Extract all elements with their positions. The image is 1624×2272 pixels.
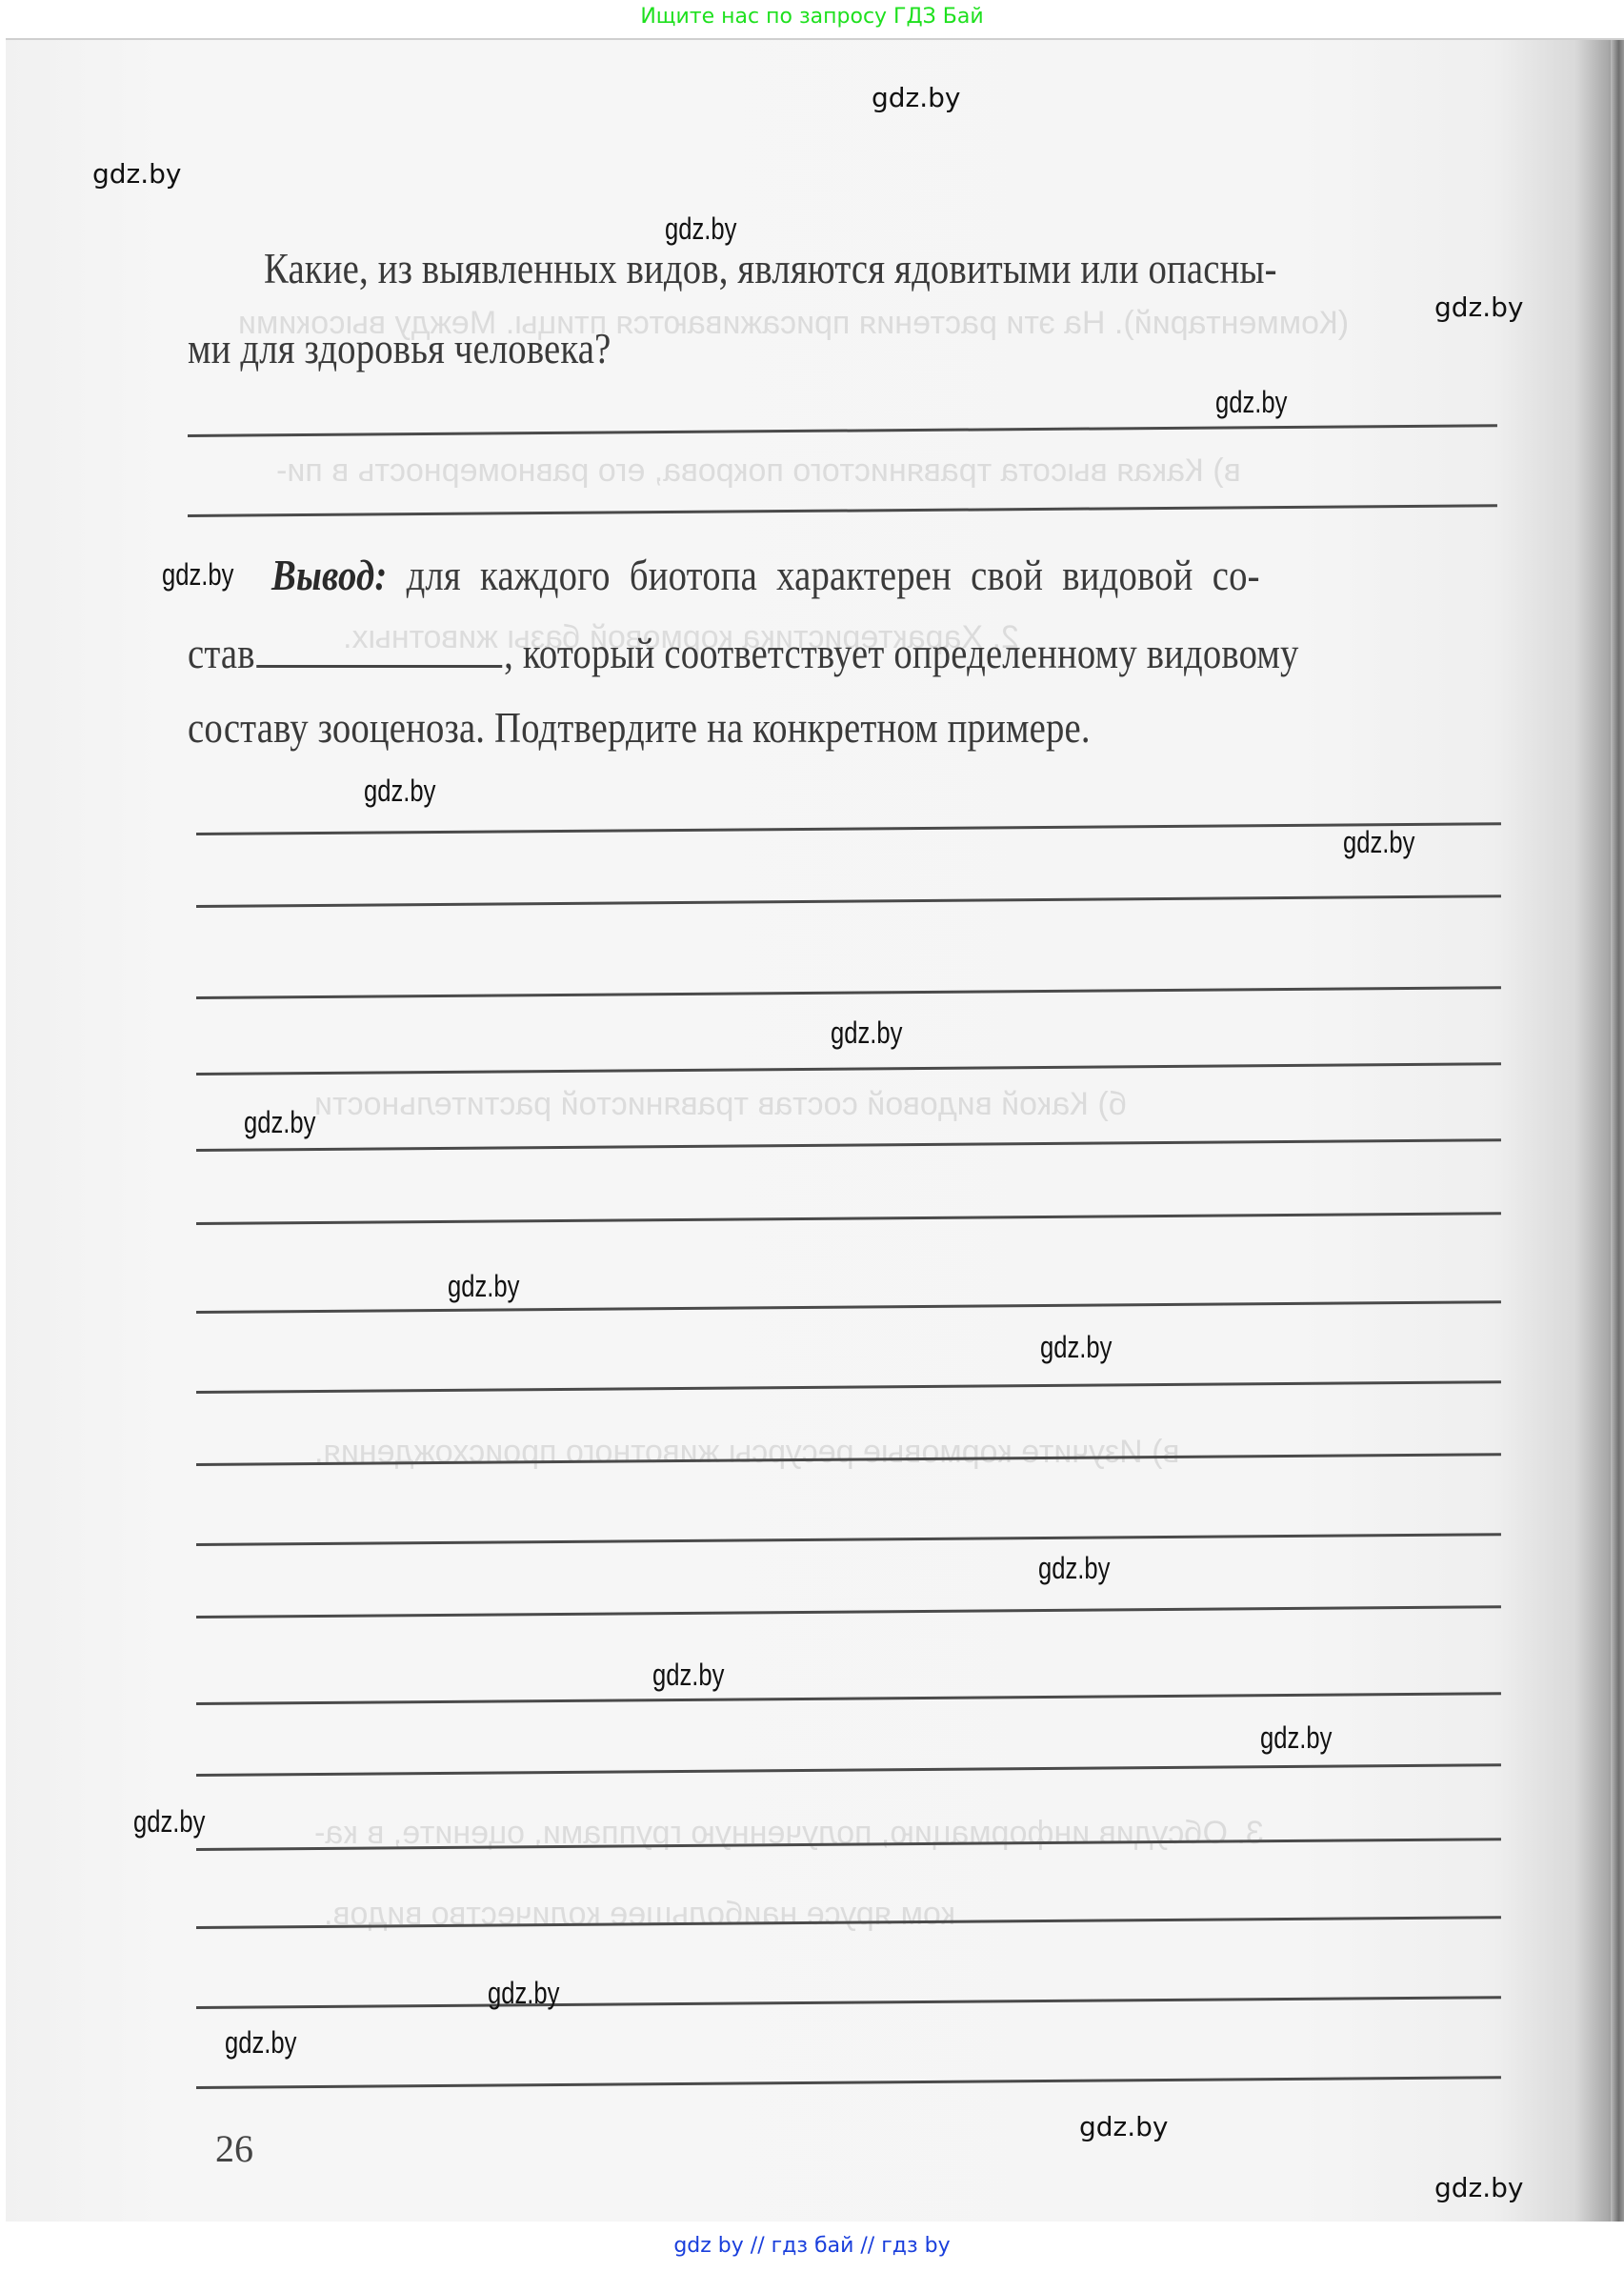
watermark: gdz.by — [652, 1658, 724, 1693]
watermark: gdz.by — [364, 774, 435, 809]
bleed-through-text: в) Изучите кормовые ресурсы животного пр… — [314, 1434, 1180, 1471]
conclusion-label: Вывод — [271, 552, 374, 599]
watermark: gdz.by — [831, 1015, 902, 1051]
bottom-banner[interactable]: gdz by // гдз бай // гдз by — [0, 2234, 1624, 2258]
watermark: gdz.by — [244, 1105, 315, 1140]
watermark: gdz.by — [448, 1269, 519, 1304]
watermark: gdz.by — [1040, 1330, 1112, 1365]
page-spine-shadow — [1611, 40, 1624, 2222]
bleed-through-text: б) Какой видовой состав травянистой раст… — [314, 1086, 1127, 1123]
fill-in-blank[interactable] — [256, 633, 502, 668]
conclusion-text: , который соответствует определенному ви… — [504, 630, 1298, 677]
watermark: gdz.by — [225, 2025, 296, 2061]
watermark: gdz.by — [872, 82, 961, 113]
page-number: 26 — [215, 2126, 253, 2171]
watermark: gdz.by — [488, 1976, 559, 2011]
conclusion-text: для каждого биотопа характерен свой видо… — [387, 552, 1259, 599]
conclusion-line-3: составу зооценоза. Подтвердите на конкре… — [188, 703, 1091, 753]
watermark: gdz.by — [1079, 2111, 1169, 2142]
watermark: gdz.by — [133, 1804, 205, 1840]
question-line-1: Какие, из выявленных видов, являются ядо… — [264, 244, 1277, 293]
conclusion-line-2: став, который соответствует определенном… — [188, 629, 1299, 678]
watermark: gdz.by — [1038, 1551, 1110, 1586]
bleed-through-text: в) Какая высота травянистого покрова, ег… — [276, 452, 1241, 490]
watermark: gdz.by — [1215, 385, 1287, 420]
watermark: gdz.by — [1260, 1720, 1332, 1756]
watermark: gdz.by — [162, 557, 233, 593]
question-line-2: ми для здоровья человека? — [188, 324, 611, 373]
watermark: gdz.by — [1434, 292, 1524, 323]
top-banner[interactable]: Ищите нас по запросу ГДЗ Бай — [0, 0, 1624, 34]
watermark: gdz.by — [92, 158, 182, 190]
watermark: gdz.by — [1434, 2172, 1524, 2203]
conclusion-colon: : — [374, 552, 387, 599]
watermark: gdz.by — [1343, 825, 1414, 860]
conclusion-line-1: Вывод: для каждого биотопа характерен св… — [271, 551, 1260, 600]
watermark: gdz.by — [665, 211, 736, 247]
conclusion-text: став — [188, 630, 255, 677]
